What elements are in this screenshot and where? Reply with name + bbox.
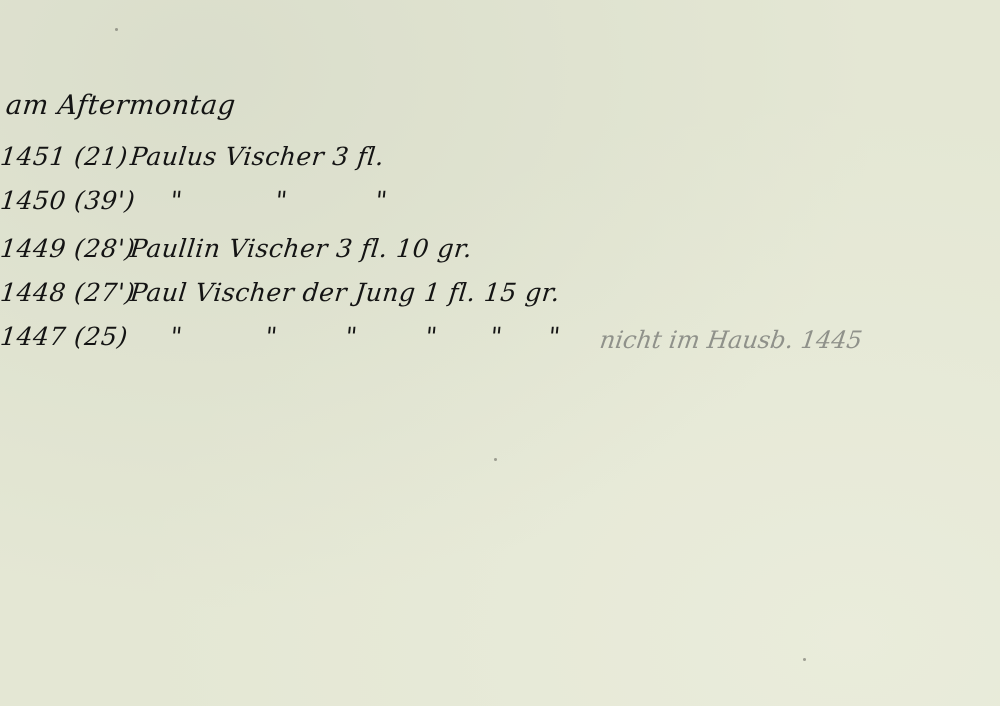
paper-speck <box>115 28 118 31</box>
entry-year: 1451 (21) <box>0 142 129 171</box>
paper-speck <box>803 658 806 661</box>
entry-year: 1450 (39') <box>0 186 137 215</box>
entry-year: 1449 (28') <box>0 234 137 263</box>
entry-text: Paulus Vischer 3 fl. <box>129 142 386 171</box>
paper-speck <box>494 458 497 461</box>
entry-text: Paul Vischer der Jung 1 fl. 15 gr. <box>129 278 562 307</box>
pencil-annotation: nicht im Hausb. 1445 <box>598 326 864 354</box>
entry-year: 1447 (25) <box>0 322 129 351</box>
entry-year: 1448 (27') <box>0 278 137 307</box>
entry-text: Paullin Vischer 3 fl. 10 gr. <box>129 234 474 263</box>
page-heading: am Aftermontag <box>4 90 237 121</box>
